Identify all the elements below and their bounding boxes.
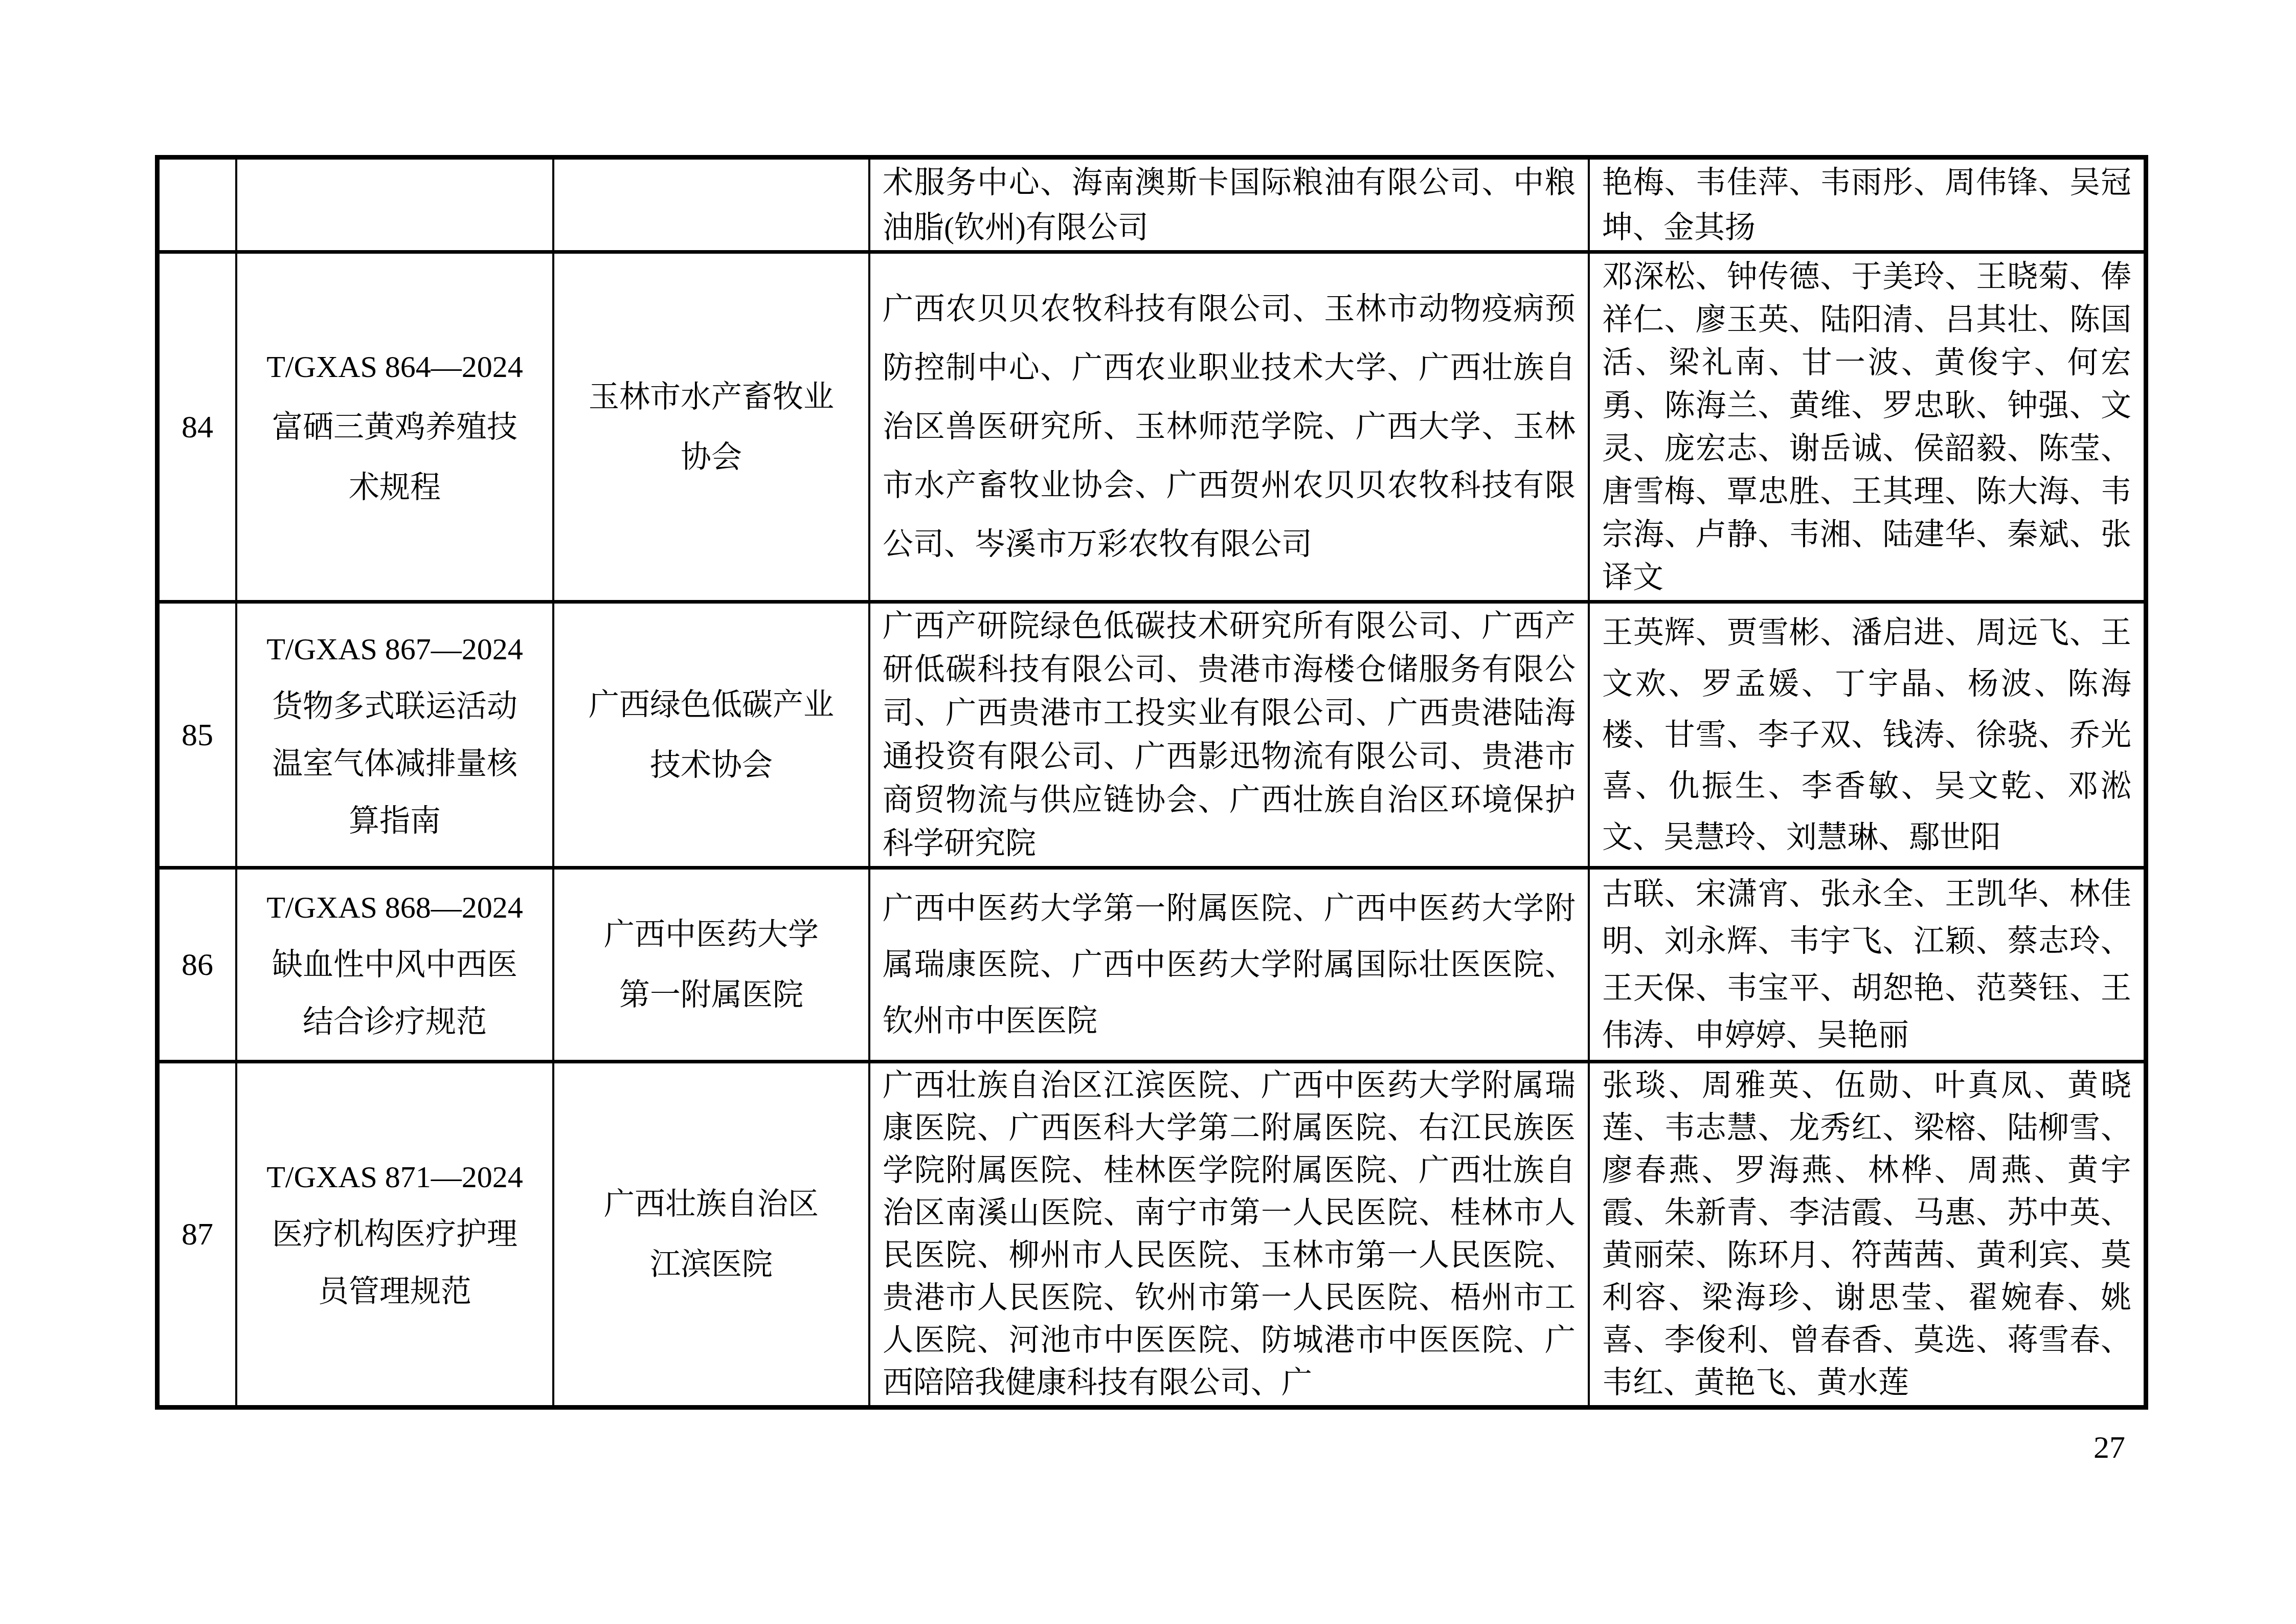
drafting-units-text: 广西农贝贝农牧科技有限公司、玉林市动物疫病预防控制中心、广西农业职业技术大学、广…	[870, 280, 1588, 574]
table-row: 术服务中心、海南澳斯卡国际粮油有限公司、中粮油脂(钦州)有限公司 艳梅、韦佳萍、…	[160, 160, 2144, 254]
cell-row-number: 86	[160, 870, 237, 1060]
cell-standard-code-and-name: T/GXAS 868—2024 缺血性中风中西医 结合诊疗规范	[237, 870, 554, 1060]
table-row: 85 T/GXAS 867—2024 货物多式联运活动 温室气体减排量核 算指南…	[160, 604, 2144, 870]
cell-row-number: 85	[160, 604, 237, 866]
cell-row-number	[160, 160, 237, 250]
organization-text: 玉林市水产畜牧业 协会	[554, 367, 868, 487]
drafters-text: 王英辉、贾雪彬、潘启进、周远飞、王文欢、罗孟媛、丁宇晶、杨波、陈海楼、甘雪、李子…	[1590, 607, 2144, 863]
cell-organization	[554, 160, 870, 250]
row-number-text: 84	[160, 402, 235, 453]
cell-row-number: 84	[160, 254, 237, 600]
standard-code-and-name-text: T/GXAS 868—2024 缺血性中风中西医 结合诊疗规范	[237, 879, 552, 1051]
drafters-text: 艳梅、韦佳萍、韦雨彤、周伟锋、吴冠坤、金其扬	[1590, 160, 2144, 250]
cell-standard-code-and-name	[237, 160, 554, 250]
row-number-text: 87	[160, 1209, 235, 1260]
organization-text: 广西绿色低碳产业 技术协会	[554, 675, 868, 795]
table-row: 84 T/GXAS 864—2024 富硒三黄鸡养殖技 术规程 玉林市水产畜牧业…	[160, 254, 2144, 604]
cell-organization: 玉林市水产畜牧业 协会	[554, 254, 870, 600]
table-row: 86 T/GXAS 868—2024 缺血性中风中西医 结合诊疗规范 广西中医药…	[160, 870, 2144, 1063]
cell-drafting-units: 广西壮族自治区江滨医院、广西中医药大学附属瑞康医院、广西医科大学第二附属医院、右…	[870, 1063, 1590, 1405]
cell-organization: 广西绿色低碳产业 技术协会	[554, 604, 870, 866]
cell-drafting-units: 术服务中心、海南澳斯卡国际粮油有限公司、中粮油脂(钦州)有限公司	[870, 160, 1590, 250]
cell-drafters: 艳梅、韦佳萍、韦雨彤、周伟锋、吴冠坤、金其扬	[1590, 160, 2144, 250]
drafting-units-text: 广西壮族自治区江滨医院、广西中医药大学附属瑞康医院、广西医科大学第二附属医院、右…	[870, 1064, 1588, 1404]
cell-standard-code-and-name: T/GXAS 867—2024 货物多式联运活动 温室气体减排量核 算指南	[237, 604, 554, 866]
standards-table: 术服务中心、海南澳斯卡国际粮油有限公司、中粮油脂(钦州)有限公司 艳梅、韦佳萍、…	[155, 155, 2148, 1410]
table-row: 87 T/GXAS 871—2024 医疗机构医疗护理 员管理规范 广西壮族自治…	[160, 1063, 2144, 1405]
row-number-text: 86	[160, 939, 235, 990]
drafting-units-text: 广西中医药大学第一附属医院、广西中医药大学附属瑞康医院、广西中医药大学附属国际壮…	[870, 880, 1588, 1049]
cell-drafters: 王英辉、贾雪彬、潘启进、周远飞、王文欢、罗孟媛、丁宇晶、杨波、陈海楼、甘雪、李子…	[1590, 604, 2144, 866]
page-number: 27	[2066, 1430, 2153, 1466]
cell-drafters: 张琰、周雅英、伍勋、叶真凤、黄晓莲、韦志慧、龙秀红、梁榕、陆柳雪、廖春燕、罗海燕…	[1590, 1063, 2144, 1405]
cell-standard-code-and-name: T/GXAS 871—2024 医疗机构医疗护理 员管理规范	[237, 1063, 554, 1405]
cell-organization: 广西壮族自治区 江滨医院	[554, 1063, 870, 1405]
standard-code-and-name-text: T/GXAS 867—2024 货物多式联运活动 温室气体减排量核 算指南	[237, 620, 552, 850]
organization-text: 广西中医药大学 第一附属医院	[554, 904, 868, 1025]
organization-text: 广西壮族自治区 江滨医院	[554, 1174, 868, 1295]
cell-organization: 广西中医药大学 第一附属医院	[554, 870, 870, 1060]
cell-standard-code-and-name: T/GXAS 864—2024 富硒三黄鸡养殖技 术规程	[237, 254, 554, 600]
drafting-units-text: 术服务中心、海南澳斯卡国际粮油有限公司、中粮油脂(钦州)有限公司	[870, 160, 1588, 250]
drafters-text: 张琰、周雅英、伍勋、叶真凤、黄晓莲、韦志慧、龙秀红、梁榕、陆柳雪、廖春燕、罗海燕…	[1590, 1064, 2144, 1404]
cell-drafters: 邓深松、钟传德、于美玲、王晓菊、俸祥仁、廖玉英、陆阳清、吕其壮、陈国活、梁礼南、…	[1590, 254, 2144, 600]
cell-row-number: 87	[160, 1063, 237, 1405]
cell-drafters: 古联、宋潇宵、张永全、王凯华、林佳明、刘永辉、韦宇飞、江颖、蔡志玲、王天保、韦宝…	[1590, 870, 2144, 1060]
drafters-text: 邓深松、钟传德、于美玲、王晓菊、俸祥仁、廖玉英、陆阳清、吕其壮、陈国活、梁礼南、…	[1590, 255, 2144, 599]
cell-drafting-units: 广西农贝贝农牧科技有限公司、玉林市动物疫病预防控制中心、广西农业职业技术大学、广…	[870, 254, 1590, 600]
standard-code-and-name-text: T/GXAS 871—2024 医疗机构医疗护理 员管理规范	[237, 1148, 552, 1320]
drafters-text: 古联、宋潇宵、张永全、王凯华、林佳明、刘永辉、韦宇飞、江颖、蔡志玲、王天保、韦宝…	[1590, 871, 2144, 1059]
drafting-units-text: 广西产研院绿色低碳技术研究所有限公司、广西产研低碳科技有限公司、贵港市海楼仓储服…	[870, 605, 1588, 865]
cell-drafting-units: 广西产研院绿色低碳技术研究所有限公司、广西产研低碳科技有限公司、贵港市海楼仓储服…	[870, 604, 1590, 866]
cell-drafting-units: 广西中医药大学第一附属医院、广西中医药大学附属瑞康医院、广西中医药大学附属国际壮…	[870, 870, 1590, 1060]
standard-code-and-name-text: T/GXAS 864—2024 富硒三黄鸡养殖技 术规程	[237, 337, 552, 518]
row-number-text: 85	[160, 709, 235, 761]
